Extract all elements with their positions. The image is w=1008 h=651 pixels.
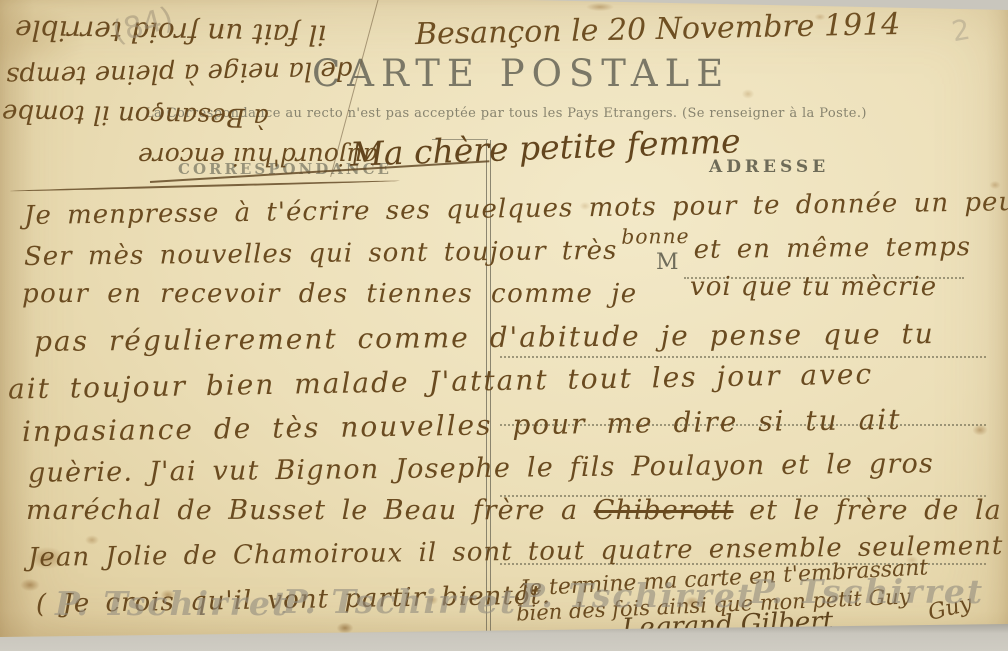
inserted-word: bonne	[621, 224, 690, 249]
line-2-text-end: et en même temps	[694, 232, 972, 265]
handwritten-line-4: pas régulierement comme d'abitude je pen…	[34, 317, 935, 358]
address-dotted-line	[500, 356, 986, 358]
handwritten-line-5: ait toujour bien malade J'attant tout le…	[8, 357, 874, 405]
carte-postale-title: CARTE POSTALE	[312, 52, 730, 95]
struck-out-word: Chiberott	[594, 495, 734, 526]
handwritten-line-3-right: voi que tu mècrie	[690, 272, 937, 302]
upside-down-line-2: de la neige à pleine temps	[6, 55, 353, 91]
line-8-text-end: et le frère de la	[749, 495, 1002, 526]
handwritten-line-2: Ser mès nouvelles qui sont toujour trèsb…	[24, 232, 971, 272]
handwritten-line-3-left: pour en recevoir des tiennes comme je	[22, 279, 638, 309]
postcard-paper: CARTE POSTALE La Correspondance au recto…	[0, 0, 1008, 651]
line-8-text: maréchal de Busset le Beau frère a	[26, 495, 578, 526]
postcard-scan: CARTE POSTALE La Correspondance au recto…	[0, 0, 1008, 651]
upside-down-line-4: aujourd'hui encore	[138, 142, 378, 171]
handwritten-line-7: guèrie. J'ai vut Bignon Josephe le fils …	[28, 448, 934, 488]
handwritten-line-1: Je menpresse à t'écrire ses quelques mot…	[24, 187, 1008, 231]
upside-down-line-3: à Besançon il tombe	[2, 98, 269, 133]
line-2-text: Ser mès nouvelles qui sont toujour très	[24, 236, 618, 272]
watermark-text: P. Tschirret	[750, 572, 984, 611]
handwritten-line-6: inpasiance de tès nouvelles pour me dire…	[22, 403, 902, 448]
watermark-text: P. Tschirret	[55, 584, 289, 623]
long-underline-stroke	[10, 180, 400, 192]
handwritten-dateline: Besançon le 20 Novembre 1914	[415, 7, 901, 52]
pencil-mark-top-right: 2	[949, 13, 972, 49]
watermark-text: P. Tschirret	[283, 582, 517, 621]
handwritten-line-8: maréchal de Busset le Beau frère a Chibe…	[26, 495, 1002, 526]
watermark-text: P. Tschirret	[520, 576, 754, 615]
